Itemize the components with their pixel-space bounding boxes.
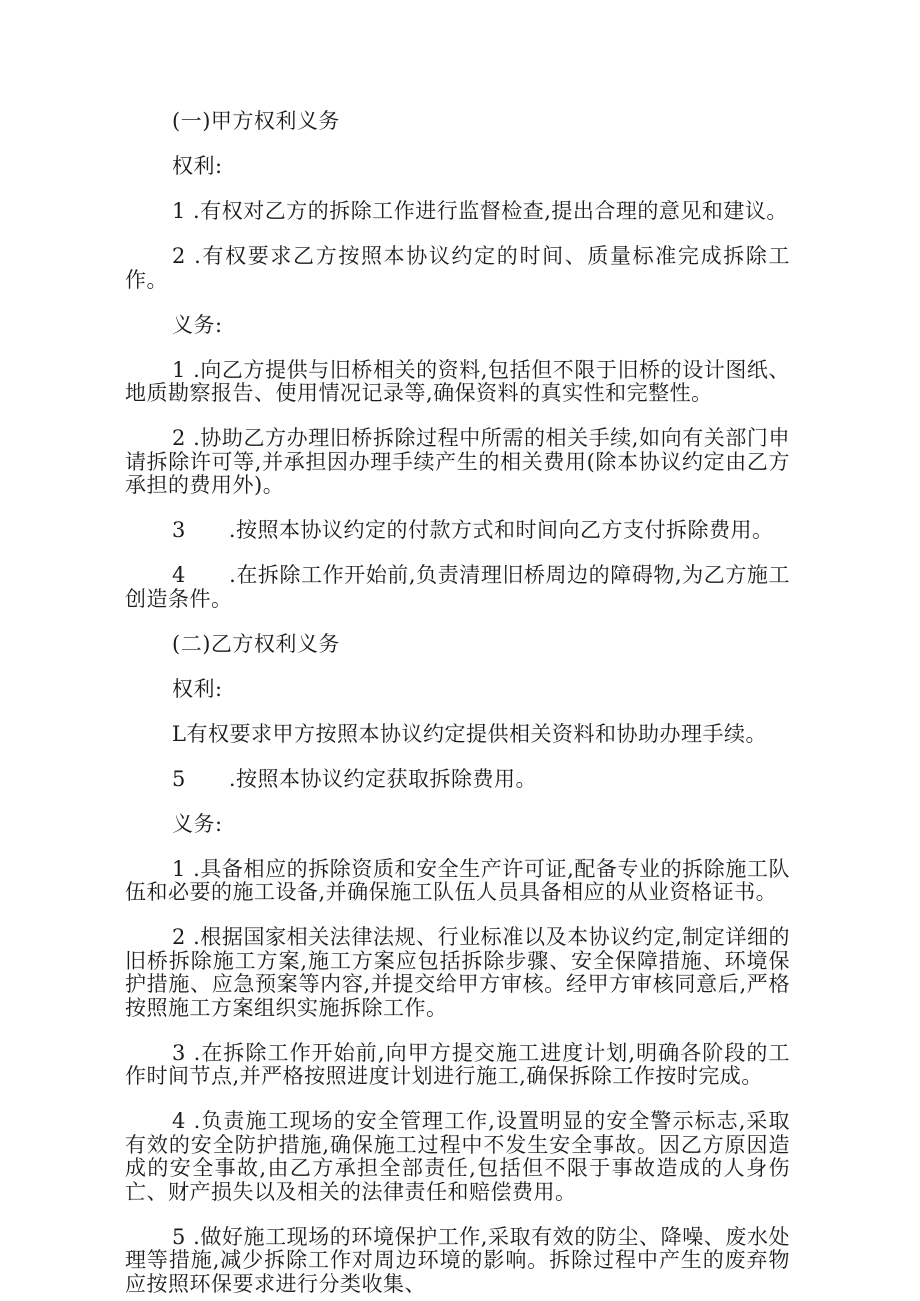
- section-heading-party-b: (二)乙方权利义务: [125, 633, 790, 657]
- list-item: 4 .在拆除工作开始前,负责清理旧桥周边的障碍物,为乙方施工创造条件。: [125, 564, 790, 611]
- list-item: 5 .按照本协议约定获取拆除费用。: [125, 768, 790, 792]
- document-page: (一)甲方权利义务 权利: 1 .有权对乙方的拆除工作进行监督检查,提出合理的意…: [0, 0, 920, 1301]
- label-rights: 权利:: [125, 678, 790, 702]
- list-item: 2 .协助乙方办理旧桥拆除过程中所需的相关手续,如向有关部门申请拆除许可等,并承…: [125, 427, 790, 498]
- label-obligations: 义务:: [125, 813, 790, 837]
- list-item: 4 .负责施工现场的安全管理工作,设置明显的安全警示标志,采取有效的安全防护措施…: [125, 1110, 790, 1204]
- list-item: 2 .有权要求乙方按照本协议约定的时间、质量标准完成拆除工作。: [125, 245, 790, 292]
- list-item: L有权要求甲方按照本协议约定提供相关资料和协助办理手续。: [125, 723, 790, 747]
- list-item: 1 .有权对乙方的拆除工作进行监督检查,提出合理的意见和建议。: [125, 200, 790, 224]
- list-item: 5 .做好施工现场的环境保护工作,采取有效的防尘、降噪、废水处理等措施,减少拆除…: [125, 1226, 790, 1297]
- list-item: 1 .向乙方提供与旧桥相关的资料,包括但不限于旧桥的设计图纸、地质勘察报告、使用…: [125, 359, 790, 406]
- section-heading-party-a: (一)甲方权利义务: [125, 110, 790, 134]
- list-item: 2 .根据国家相关法律法规、行业标准以及本协议约定,制定详细的旧桥拆除施工方案,…: [125, 926, 790, 1020]
- label-rights: 权利:: [125, 155, 790, 179]
- list-item: 3 .在拆除工作开始前,向甲方提交施工进度计划,明确各阶段的工作时间节点,并严格…: [125, 1042, 790, 1089]
- list-item: 3 .按照本协议约定的付款方式和时间向乙方支付拆除费用。: [125, 519, 790, 543]
- label-obligations: 义务:: [125, 314, 790, 338]
- list-item: 1 .具备相应的拆除资质和安全生产许可证,配备专业的拆除施工队伍和必要的施工设备…: [125, 858, 790, 905]
